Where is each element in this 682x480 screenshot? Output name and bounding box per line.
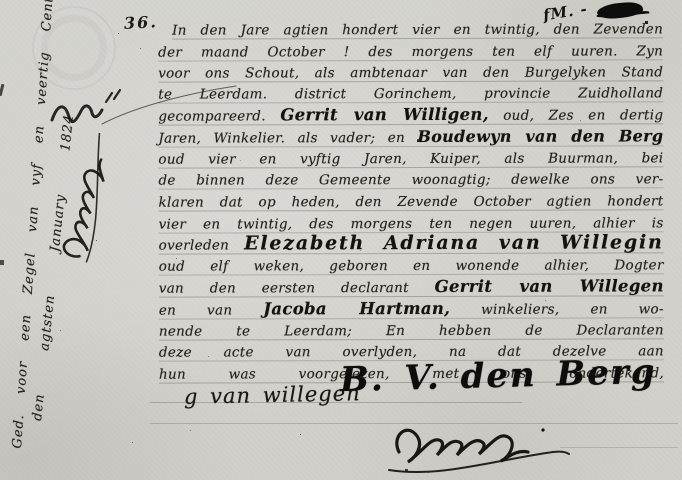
person-name-deceased: Elezabeth Adriana van Willegin bbox=[244, 231, 664, 254]
edge-mark bbox=[0, 260, 4, 265]
text-line-8: de binnen deze Gemeente woonagtig; dewel… bbox=[158, 166, 663, 189]
text-line-2: der maand October ! des morgens ten elf … bbox=[158, 38, 663, 61]
text-line-1: In den Jare agtien hondert vier en twint… bbox=[172, 16, 663, 39]
text-line-7: oud vier en vyftig Jaren, Kuiper, als Bu… bbox=[158, 145, 663, 168]
person-name-witness: Boudewyn van den Berg bbox=[417, 126, 663, 146]
text-line-3: voor ons Schout, als ambtenaar van den B… bbox=[158, 59, 663, 82]
squiggle-stroke bbox=[52, 106, 102, 122]
text-line-6: Jaren, Winkelier. als vader; en Boudewyn… bbox=[158, 124, 663, 147]
text-line-4: te Leerdam. district Gorinchem, provinci… bbox=[158, 80, 663, 103]
paper-specks bbox=[0, 0, 1, 1]
person-name-father-repeat: Gerrit van Willegen bbox=[435, 276, 664, 296]
text-line-14: en van Jacoba Hartman, winkeliers, en wo… bbox=[159, 296, 664, 319]
person-name-father: Gerrit van Willigen, bbox=[280, 105, 489, 125]
signature-declarant-2: B. V. den Berg bbox=[340, 352, 657, 400]
person-name-mother: Jacoba Hartman, bbox=[263, 299, 450, 318]
text-line-11: overleden Elezabeth Adriana van Willegin bbox=[159, 231, 664, 254]
text-line-9: klaren dat op heden, den Zevende October… bbox=[158, 188, 663, 211]
signature-declarant-1: g van willegen bbox=[184, 381, 361, 409]
text-line-13: van den eersten declarant Gerrit van Wil… bbox=[159, 274, 664, 297]
text-line-15: nende te Leerdam; En hebben de Declarant… bbox=[159, 317, 664, 340]
edge-mark bbox=[0, 84, 4, 96]
signature-official-flourish bbox=[385, 416, 575, 478]
scanned-death-record-page: Ged. voor een Zegel van vyf en veertig C… bbox=[0, 0, 682, 480]
text-line-5: gecompareerd. Gerrit van Willigen, oud, … bbox=[158, 102, 663, 125]
text-line-12: oud elf weken, geboren en wonende alhier… bbox=[159, 252, 664, 275]
record-text-block: In den Jare agtien hondert vier en twint… bbox=[158, 0, 663, 1]
text-line-10: vier en twintig, des morgens ten negen u… bbox=[159, 210, 664, 233]
record-number: 36. bbox=[124, 12, 159, 33]
ruled-line bbox=[560, 447, 678, 448]
ditto-marks bbox=[106, 90, 120, 102]
